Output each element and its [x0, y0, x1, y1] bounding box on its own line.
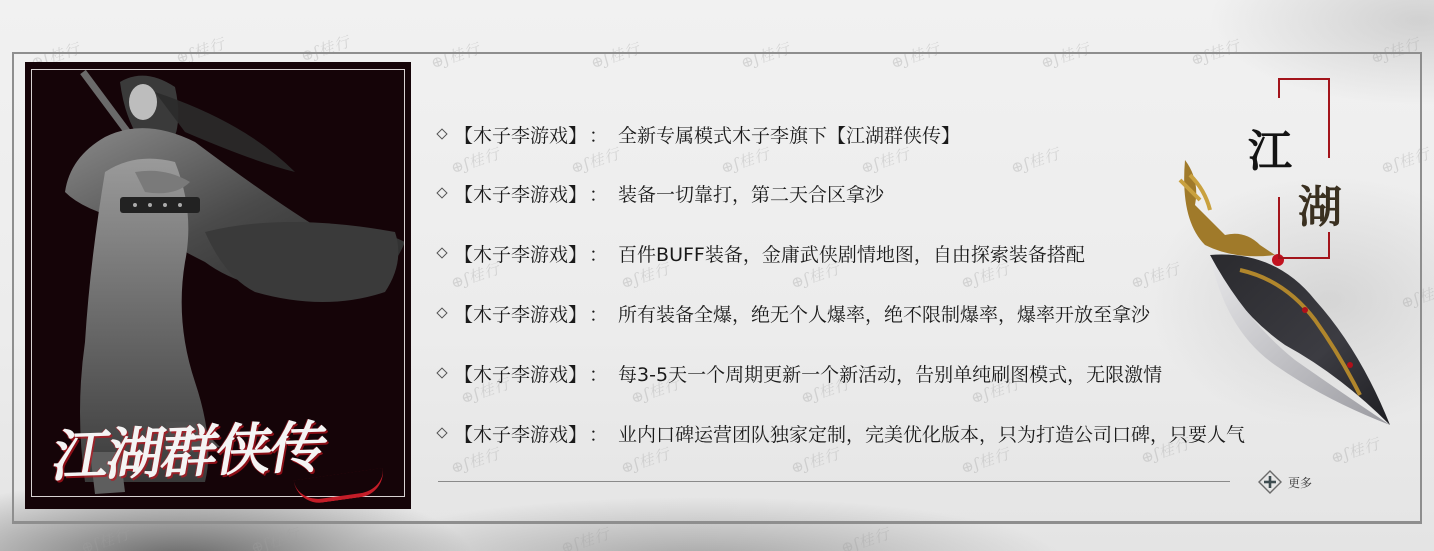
plus-diamond-icon	[1258, 470, 1282, 494]
diamond-bullet-icon	[436, 427, 447, 438]
feature-separator: ：	[589, 360, 608, 387]
feature-text: 所有装备全爆，绝无个人爆率，绝不限制爆率，爆率开放至拿沙	[618, 300, 1150, 327]
feature-brand: 【木子李游戏】	[454, 240, 587, 267]
more-link[interactable]: 更多	[1258, 470, 1312, 494]
bracket-bottom-stub	[1328, 232, 1330, 259]
side-title-char-2: 湖	[1298, 171, 1342, 235]
game-poster[interactable]: 江湖群侠传	[25, 62, 411, 509]
feature-text: 全新专属模式木子李旗下【江湖群侠传】	[618, 121, 960, 148]
feature-separator: ：	[589, 420, 608, 447]
diamond-bullet-icon	[436, 247, 447, 258]
diamond-bullet-icon	[436, 307, 447, 318]
bracket-top-stub	[1278, 78, 1280, 98]
diamond-bullet-icon	[436, 128, 447, 139]
feature-text: 百件BUFF装备，金庸武侠剧情地图，自由探索装备搭配	[618, 240, 1085, 267]
divider-line	[438, 481, 1230, 482]
side-title-block: 江 湖	[1240, 75, 1340, 265]
diamond-bullet-icon	[436, 187, 447, 198]
feature-text: 业内口碑运营团队独家定制，完美优化版本，只为打造公司口碑，只要人气	[618, 420, 1245, 447]
side-title-char-1: 江	[1248, 115, 1292, 179]
feature-brand: 【木子李游戏】	[454, 420, 587, 447]
feature-text: 每3-5天一个周期更新一个新活动，告别单纯刷图模式，无限激情	[618, 360, 1162, 387]
feature-separator: ：	[589, 300, 608, 327]
feature-brand: 【木子李游戏】	[454, 300, 587, 327]
more-label: 更多	[1288, 474, 1312, 491]
feature-brand: 【木子李游戏】	[454, 121, 587, 148]
feature-separator: ：	[589, 180, 608, 207]
feature-text: 装备一切靠打，第二天合区拿沙	[618, 180, 884, 207]
feature-separator: ：	[589, 121, 608, 148]
diamond-bullet-icon	[436, 367, 447, 378]
feature-separator: ：	[589, 240, 608, 267]
feature-brand: 【木子李游戏】	[454, 180, 587, 207]
feature-brand: 【木子李游戏】	[454, 360, 587, 387]
